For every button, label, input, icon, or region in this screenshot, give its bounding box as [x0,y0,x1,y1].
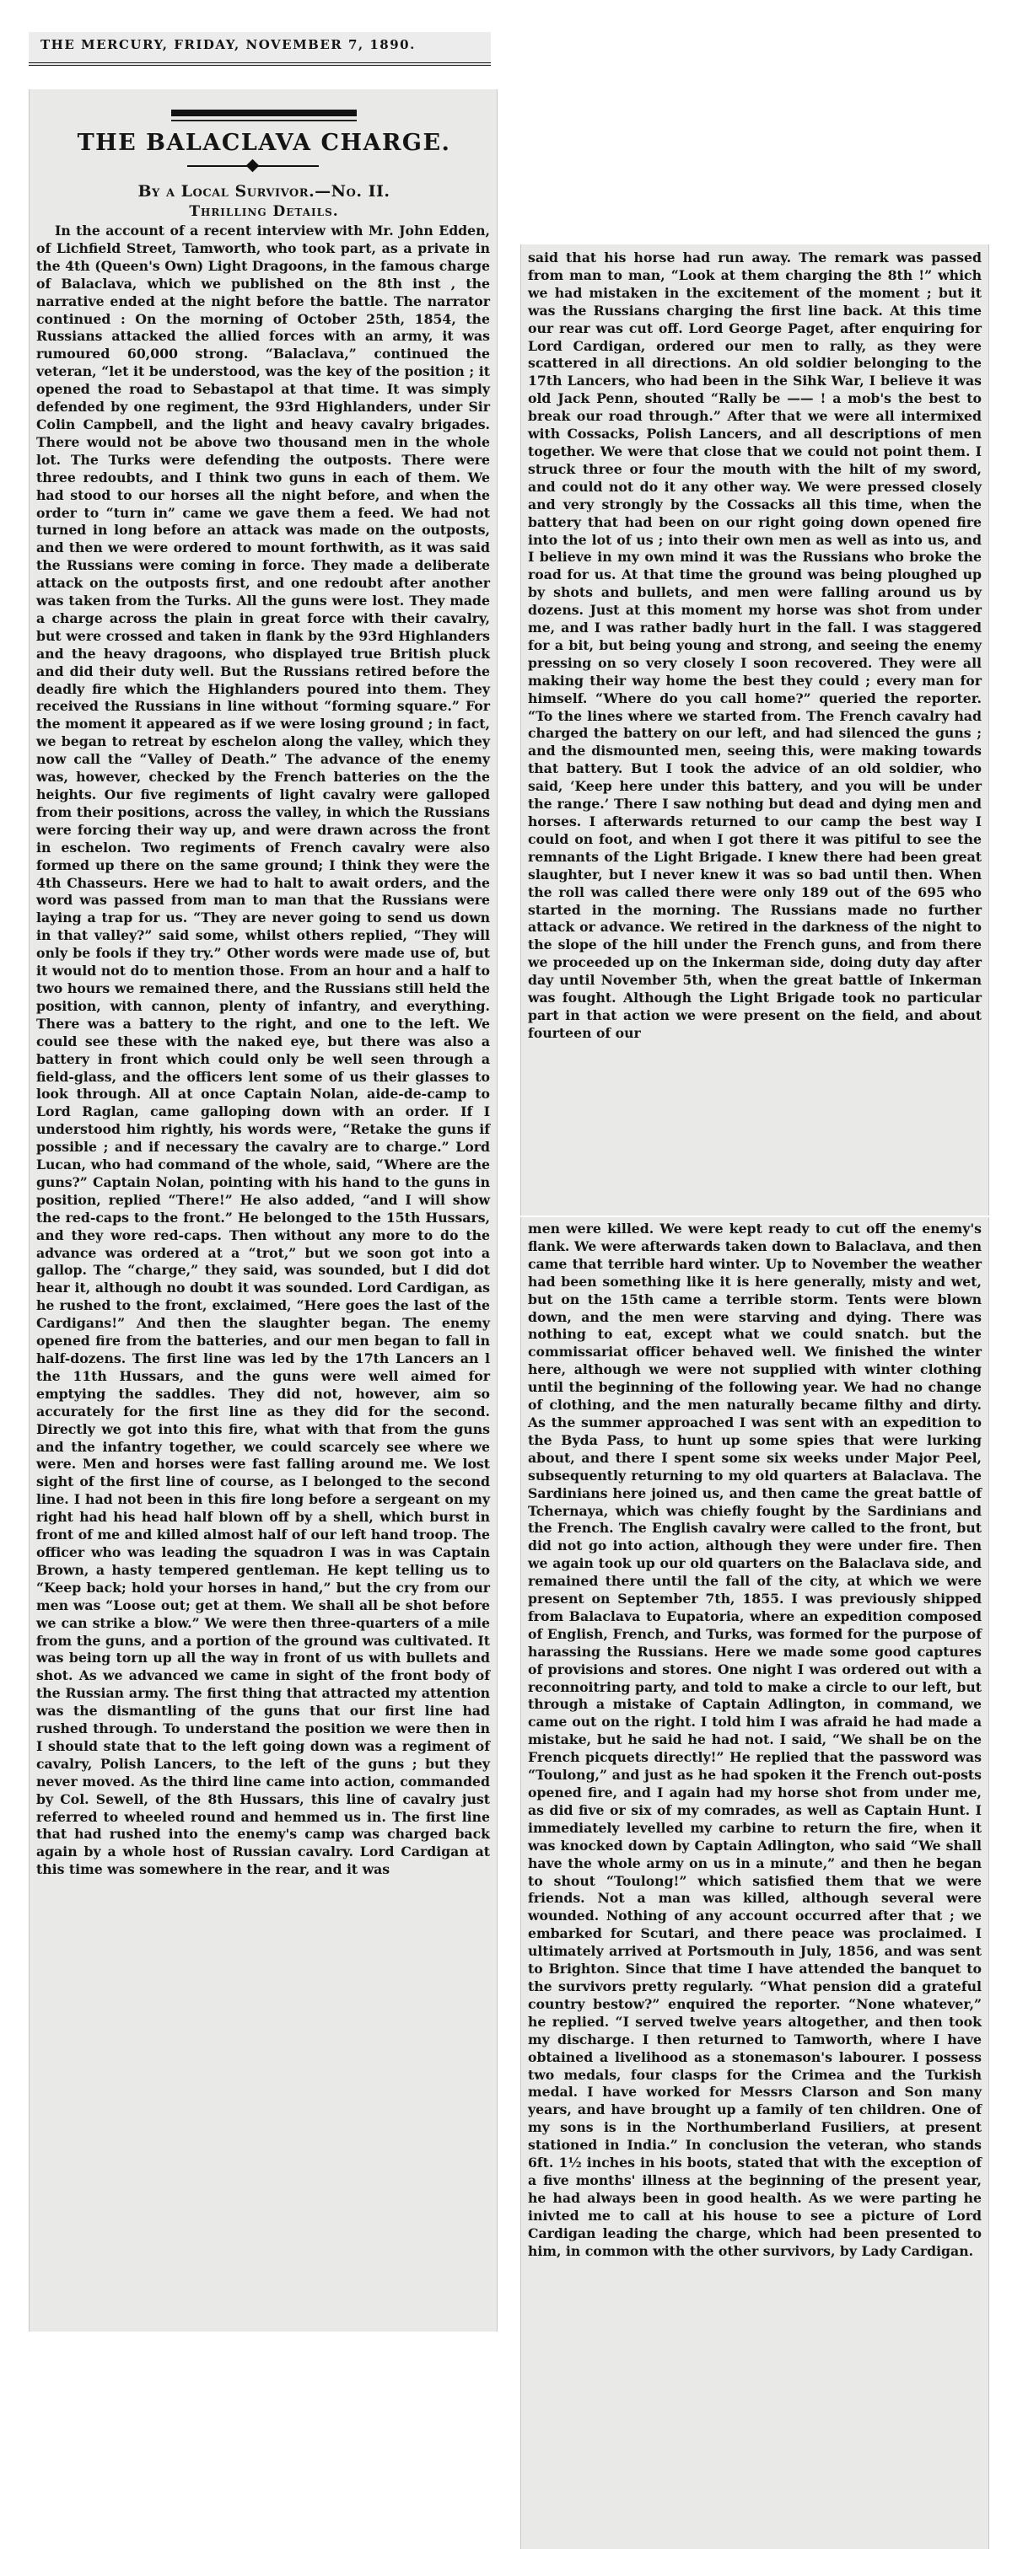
article-body-left: In the account of a recent interview wit… [36,223,490,1879]
article-column-right-part-1: said that his horse had run away. The re… [520,244,989,1216]
title-rule-thick [171,110,357,116]
article-body-right-1: said that his horse had run away. The re… [528,250,982,1043]
article-column-left: THE BALACLAVA CHARGE. By a Local Survivo… [29,89,498,2332]
diamond-rule-ornament-icon [187,158,319,174]
article-byline: By a Local Survivor.—No. II. [30,182,498,201]
title-rule-thin [171,120,357,121]
article-body-right-2: men were killed. We were kept ready to c… [528,1221,982,2260]
article-column-right-part-2: men were killed. We were kept ready to c… [520,1217,989,2549]
article-title: THE BALACLAVA CHARGE. [30,130,498,156]
masthead-text: THE MERCURY, FRIDAY, NOVEMBER 7, 1890. [40,37,416,52]
article-subhead: Thrilling Details. [30,203,498,220]
newspaper-masthead: THE MERCURY, FRIDAY, NOVEMBER 7, 1890. [29,32,491,66]
